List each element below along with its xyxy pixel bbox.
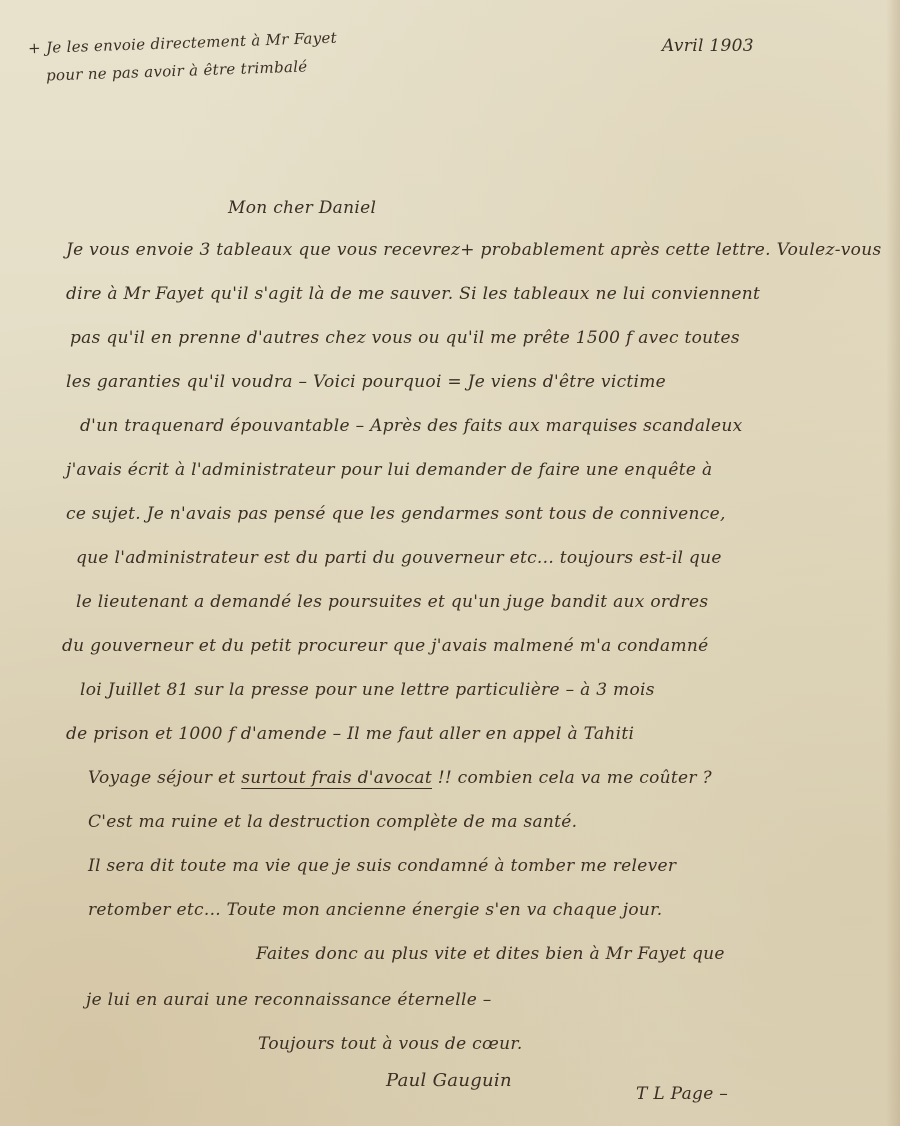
body-line-8: que l'administrateur est du parti du gou… (76, 548, 722, 568)
body-line-9: le lieutenant a demandé les poursuites e… (76, 592, 708, 612)
body-line-5: d'un traquenard épouvantable – Après des… (80, 416, 743, 436)
body-line-10: du gouverneur et du petit procureur que … (62, 636, 709, 656)
body-line-11: loi Juillet 81 sur la presse pour une le… (80, 680, 655, 700)
margin-note-line-1: + Je les envoie directement à Mr Fayet (28, 29, 338, 58)
body-line-6: j'avais écrit à l'administrateur pour lu… (66, 460, 712, 480)
signature: Paul Gauguin (386, 1070, 512, 1091)
page-note: T L Page – (636, 1084, 728, 1104)
paper-edge-shadow (886, 0, 900, 1126)
letter-page: + Je les envoie directement à Mr Fayet p… (0, 0, 900, 1126)
body-line-7: ce sujet. Je n'avais pas pensé que les g… (66, 504, 726, 524)
body-line-16: retomber etc... Toute mon ancienne énerg… (88, 900, 662, 920)
body-line-13-text: Voyage séjour et surtout frais d'avocat … (88, 768, 712, 788)
body-line-13: Voyage séjour et surtout frais d'avocat … (88, 768, 712, 788)
body-line-15: Il sera dit toute ma vie que je suis con… (88, 856, 676, 876)
margin-note-line-2: pour ne pas avoir à être trimbalé (46, 57, 308, 84)
body-line-12: de prison et 1000 f d'amende – Il me fau… (66, 724, 634, 744)
underlined-phrase: surtout frais d'avocat (241, 768, 432, 788)
body-line-14: C'est ma ruine et la destruction complèt… (88, 812, 577, 832)
body-line-18: je lui en aurai une reconnaissance étern… (86, 990, 492, 1010)
letter-date: Avril 1903 (662, 36, 754, 56)
body-line-3: pas qu'il en prenne d'autres chez vous o… (70, 328, 740, 348)
body-line-2: dire à Mr Fayet qu'il s'agit là de me sa… (66, 284, 760, 304)
salutation: Mon cher Daniel (228, 198, 376, 218)
body-line-17: Faites donc au plus vite et dites bien à… (256, 944, 725, 964)
closing: Toujours tout à vous de cœur. (258, 1034, 523, 1054)
body-line-4: les garanties qu'il voudra – Voici pourq… (66, 372, 666, 392)
body-line-1: Je vous envoie 3 tableaux que vous recev… (66, 240, 881, 260)
